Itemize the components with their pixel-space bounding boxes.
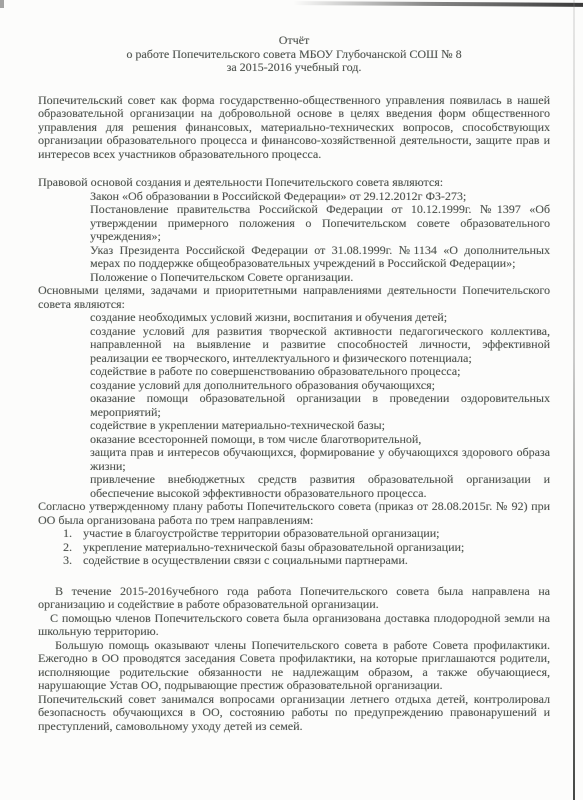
numbered-item: 3. содействие в осуществлении связи с со… xyxy=(38,554,550,568)
list-item: создание условий для развития творческой… xyxy=(38,325,550,366)
scan-artifact-right-edge-line xyxy=(573,0,575,800)
item-number: 3. xyxy=(63,554,83,568)
plan-numbered-list: 1. участие в благоустройстве территории … xyxy=(38,527,550,568)
list-item: привлечение внебюджетных средств развити… xyxy=(38,473,550,500)
list-item: защита прав и интересов обучающихся, фор… xyxy=(38,446,550,473)
paragraph: Большую помощь оказывают члены Попечител… xyxy=(38,639,550,693)
numbered-item: 1. участие в благоустройстве территории … xyxy=(38,527,550,541)
title-line-2: о работе Попечительского совета МБОУ Глу… xyxy=(38,48,550,62)
item-number: 2. xyxy=(63,541,83,555)
list-item: оказание помощи образовательной организа… xyxy=(38,392,550,419)
list-item: Положение о Попечительском Совете органи… xyxy=(38,271,550,285)
goals-list: создание необходимых условий жизни, восп… xyxy=(38,311,550,500)
list-item: Указ Президента Российской Федерации от … xyxy=(38,244,550,271)
list-item: Закон «Об образовании в Российской Федер… xyxy=(38,190,550,204)
item-number: 1. xyxy=(63,527,83,541)
paragraph: В течение 2015-2016учебного года работа … xyxy=(38,585,550,612)
title-line-3: за 2015-2016 учебный год. xyxy=(38,61,550,75)
list-item: Постановление правительства Российской Ф… xyxy=(38,203,550,244)
item-text: содействие в осуществлении связи с социа… xyxy=(83,554,550,568)
title-line-1: Отчёт xyxy=(38,34,550,48)
list-item: создание необходимых условий жизни, восп… xyxy=(38,311,550,325)
goals-heading: Основными целями, задачами и приоритетны… xyxy=(38,284,550,311)
scanned-page: Отчёт о работе Попечительского совета МБ… xyxy=(0,0,583,800)
list-item: создание условий для дополнительного обр… xyxy=(38,379,550,393)
legal-heading: Правовой основой создания и деятельности… xyxy=(38,176,550,190)
scan-artifact-topleft-mark xyxy=(0,0,4,8)
paragraph: С помощью членов Попечительского совета … xyxy=(38,612,550,639)
list-item: содействие в работе по совершенствованию… xyxy=(38,365,550,379)
intro-paragraph: Попечительский совет как форма государст… xyxy=(38,94,550,162)
paragraph: Попечительский совет занимался вопросами… xyxy=(38,693,550,734)
document-title: Отчёт о работе Попечительского совета МБ… xyxy=(38,34,550,75)
plan-heading: Согласно утвержденному плану работы Попе… xyxy=(38,500,550,527)
legal-list: Закон «Об образовании в Российской Федер… xyxy=(38,190,550,285)
item-text: укрепление материально-технической базы … xyxy=(83,541,550,555)
numbered-item: 2. укрепление материально-технической ба… xyxy=(38,541,550,555)
report-body: В течение 2015-2016учебного года работа … xyxy=(38,585,550,734)
list-item: содействие в укреплении материально-техн… xyxy=(38,419,550,433)
list-item: оказание всесторонней помощи, в том числ… xyxy=(38,433,550,447)
item-text: участие в благоустройстве территории обр… xyxy=(83,527,550,541)
